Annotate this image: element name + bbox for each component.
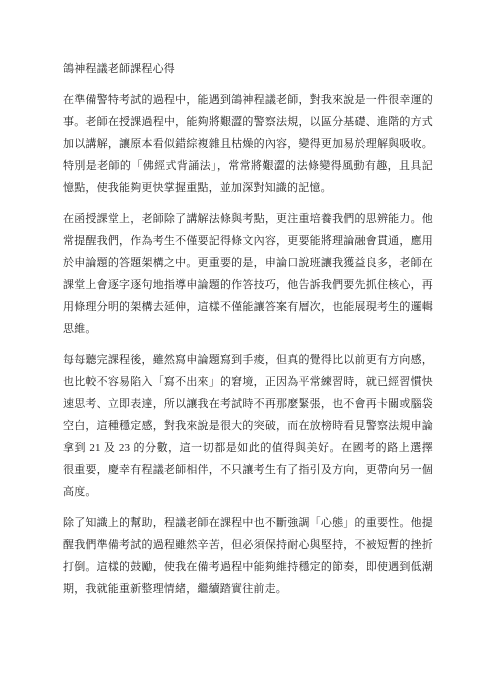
document-page: 鴿神程議老師課程心得 在準備警特考試的過程中，能遇到鴿神程議老師，對我來說是一件… [0, 0, 495, 700]
paragraph-2: 在函授課堂上，老師除了講解法條與考點，更注重培養我們的思辨能力。他常提醒我們，作… [63, 208, 433, 340]
paragraph-3: 每每聽完課程後，雖然寫申論題寫到手痠，但真的覺得比以前更有方向感，也比較不容易陷… [63, 349, 433, 503]
paragraph-4: 除了知識上的幫助，程議老師在課程中也不斷強調「心態」的重要性。他提醒我們準備考試… [63, 512, 433, 600]
document-content: 鴿神程議老師課程心得 在準備警特考試的過程中，能遇到鴿神程議老師，對我來說是一件… [63, 58, 433, 609]
document-title: 鴿神程議老師課程心得 [63, 58, 433, 80]
paragraph-1: 在準備警特考試的過程中，能遇到鴿神程議老師，對我來說是一件很幸運的事。老師在授課… [63, 89, 433, 199]
